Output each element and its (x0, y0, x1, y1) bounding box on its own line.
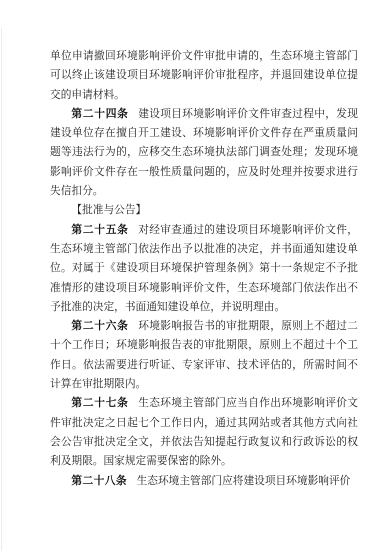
paragraph-continuation: 单位申请撤回环境影响评价文件审批申请的，生态环境主管部门可以终止该建设项目环境影… (50, 47, 358, 105)
document-page: 单位申请撤回环境影响评价文件审批申请的，生态环境主管部门可以终止该建设项目环境影… (0, 0, 390, 551)
article-number: 第二十五条 (71, 224, 128, 236)
section-header-text: 【批准与公告】 (71, 204, 146, 216)
paragraph-text: 对经审查通过的建设项目环境影响评价文件，生态环境主管部门依法作出予以批准的决定，… (50, 224, 358, 313)
section-header-approval-announcement: 【批准与公告】 (50, 201, 358, 220)
article-number: 第二十六条 (71, 320, 128, 332)
paragraph-article-25: 第二十五条对经审查通过的建设项目环境影响评价文件，生态环境主管部门依法作出予以批… (50, 221, 358, 317)
article-number: 第二十七条 (71, 397, 128, 409)
article-number: 第二十八条 (71, 475, 127, 487)
page-left-edge (1, 28, 2, 551)
paragraph-text: 单位申请撤回环境影响评价文件审批申请的，生态环境主管部门可以终止该建设项目环境影… (50, 50, 358, 101)
paragraph-article-24: 第二十四条建设项目环境影响评价文件审查过程中，发现建设单位存在擅自开工建设、环境… (50, 105, 358, 201)
paragraph-article-26: 第二十六条环境影响报告书的审批期限，原则上不超过二十个工作日；环境影响报告表的审… (50, 317, 358, 394)
paragraph-article-28: 第二十八条生态环境主管部门应将建设项目环境影响评价 (50, 472, 358, 491)
paragraph-text: 建设项目环境影响评价文件审查过程中，发现建设单位存在擅自开工建设、环境影响评价文… (50, 108, 358, 197)
paragraph-article-27: 第二十七条生态环境主管部门应当自作出环境影响评价文件审批决定之日起七个工作日内，… (50, 394, 358, 471)
document-text: 单位申请撤回环境影响评价文件审批申请的，生态环境主管部门可以终止该建设项目环境影… (50, 47, 358, 491)
paragraph-text: 生态环境主管部门应将建设项目环境影响评价 (137, 475, 351, 487)
article-number: 第二十四条 (71, 108, 128, 120)
